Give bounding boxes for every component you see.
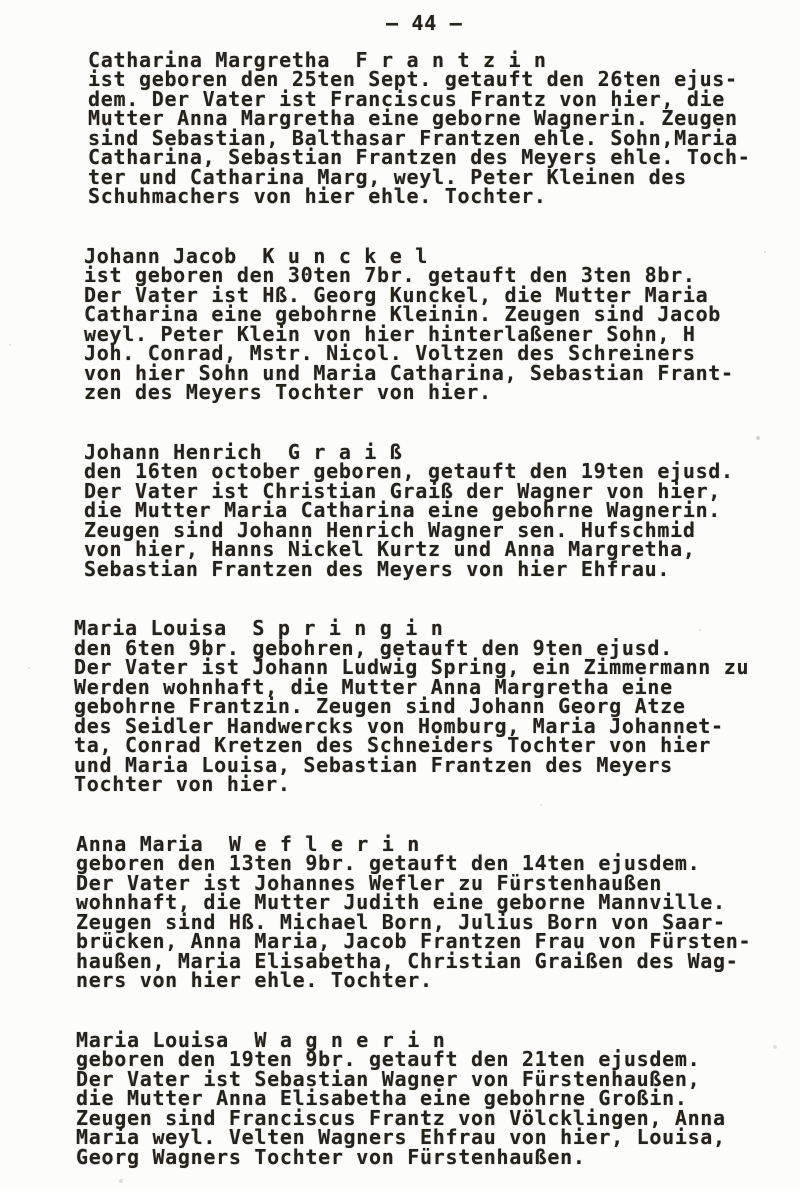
entry-frantzin: Catharina Margretha F r a n t z i n ist … bbox=[88, 51, 760, 207]
entry-body: ist geboren den 25ten Sept. getauft den … bbox=[88, 70, 760, 207]
entry-body: geboren den 13ten 9br. getauft den 14ten… bbox=[76, 854, 760, 991]
entry-springin: Maria Louisa S p r i n g i n den 6ten 9b… bbox=[74, 619, 760, 795]
entry-graiss: Johann Henrich G r a i ß den 16ten octob… bbox=[84, 443, 760, 580]
entry-wagnerin: Maria Louisa W a g n e r i n geboren den… bbox=[76, 1031, 760, 1168]
entry-body: den 16ten october geboren, getauft den 1… bbox=[84, 462, 760, 579]
entry-body: geboren den 19ten 9br. getauft den 21ten… bbox=[76, 1050, 760, 1167]
entry-body: ist geboren den 30ten 7br. getauft den 3… bbox=[84, 266, 760, 403]
scan-speckles bbox=[0, 0, 2, 2]
entry-weflerin: Anna Maria W e f l e r i n geboren den 1… bbox=[76, 835, 760, 991]
document-page: – 44 – Catharina Margretha F r a n t z i… bbox=[0, 0, 800, 1191]
entry-body: den 6ten 9br. gebohren, getauft den 9ten… bbox=[74, 639, 760, 795]
page-number: – 44 – bbox=[386, 14, 760, 34]
entry-kunckel: Johann Jacob K u n c k e l ist geboren d… bbox=[84, 247, 760, 403]
